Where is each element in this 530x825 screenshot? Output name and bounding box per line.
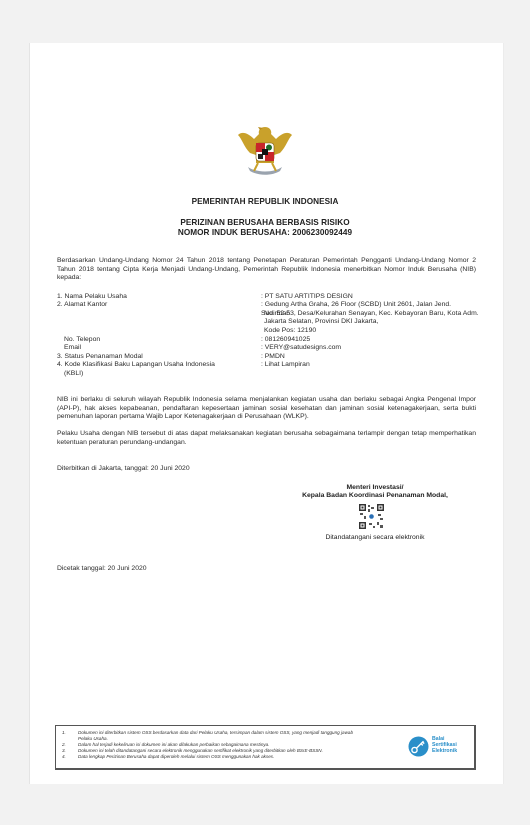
bsre-line-3: Elektronik: [432, 748, 457, 754]
obligation-paragraph: Pelaku Usaha dengan NIB tersebut di atas…: [57, 430, 476, 447]
government-heading: PEMERINTAH REPUBLIK INDONESIA: [0, 197, 530, 206]
field-label-email: Email: [64, 344, 81, 353]
footer-notes-box: 1. Dokumen ini diterbitkan sistem OSS be…: [55, 725, 476, 770]
signer-title-2: Kepala Badan Koordinasi Penanaman Modal,: [270, 492, 480, 501]
field-label-alamat: 2. Alamat Kantor: [57, 301, 107, 310]
validity-paragraph: NIB ini berlaku di seluruh wilayah Repub…: [57, 396, 476, 422]
qr-code-icon: [359, 504, 384, 529]
field-value-alamat-3: Jakarta Selatan, Provinsi DKI Jakarta,: [264, 318, 479, 327]
field-label-kbli-2: (KBLI): [64, 370, 83, 379]
field-value-email: : VERY@satudesigns.com: [261, 344, 476, 353]
garuda-emblem-icon: [236, 121, 294, 181]
bsre-key-icon: [408, 736, 429, 757]
field-value-kbli: : Lihat Lampiran: [261, 361, 476, 370]
field-label-kbli: 4. Kode Klasifikasi Baku Lapangan Usaha …: [57, 361, 215, 370]
nib-number: NOMOR INDUK BERUSAHA: 2006230092449: [0, 228, 530, 237]
printed-date: Dicetak tanggal: 20 Juni 2020: [57, 565, 147, 574]
intro-paragraph: Berdasarkan Undang-Undang Nomor 24 Tahun…: [57, 257, 476, 283]
bsre-logo: Balai Sertifikasi Elektronik: [408, 735, 470, 759]
document-title: PERIZINAN BERUSAHA BERBASIS RISIKO: [0, 218, 530, 227]
field-value-kodepos: Kode Pos: 12190: [264, 327, 479, 336]
issued-date: Diterbitkan di Jakarta, tanggal: 20 Juni…: [57, 465, 190, 474]
signature-note: Ditandatangani secara elektronik: [270, 534, 480, 543]
